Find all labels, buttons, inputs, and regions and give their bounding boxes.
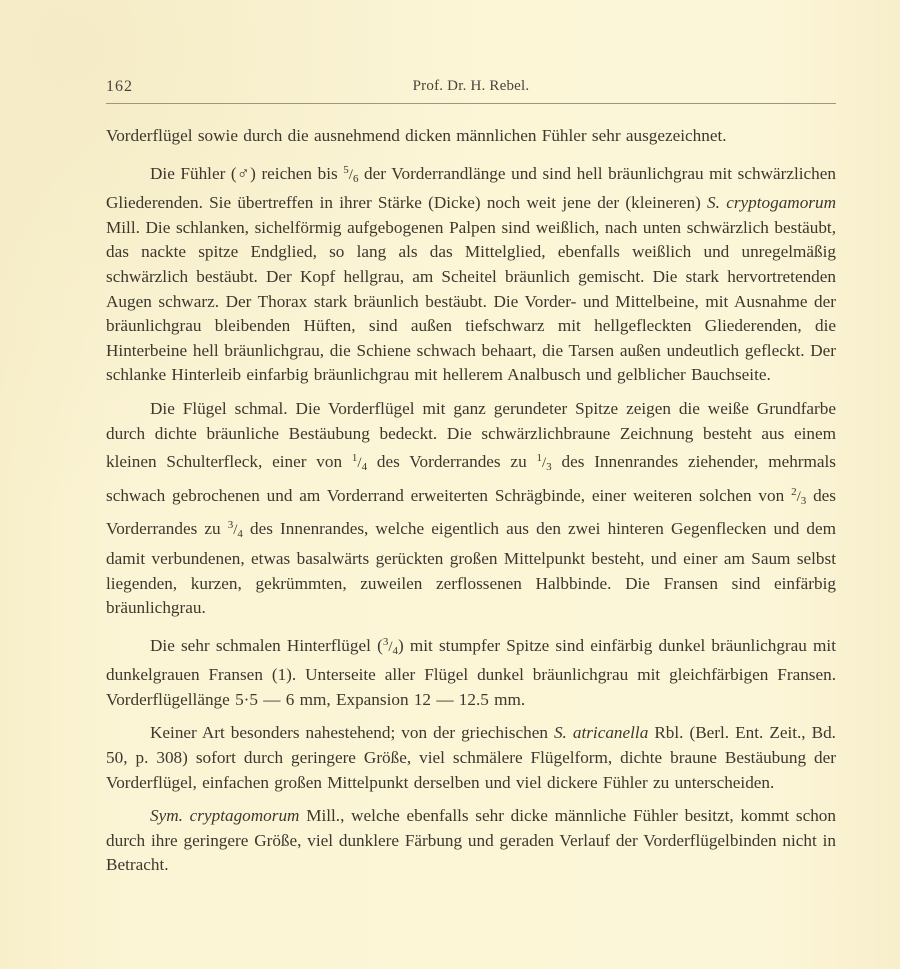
running-title-author: Prof. Dr. H. Rebel. xyxy=(106,78,836,95)
paragraph: Die sehr schmalen Hinterflügel (3/4) mit… xyxy=(106,630,836,713)
paragraph: Keiner Art besonders nahestehend; von de… xyxy=(106,721,836,795)
fraction: 1/4 xyxy=(352,458,367,470)
fraction: 1/3 xyxy=(536,458,551,470)
paragraph: Sym. cryptagomorum Mill., welche ebenfal… xyxy=(106,804,836,878)
species-name: S. atricanella xyxy=(554,723,648,742)
species-name: S. cryptogamorum xyxy=(707,193,836,212)
paragraph: Die Fühler (♂) reichen bis 5/6 der Vorde… xyxy=(106,158,836,388)
fraction: 3/4 xyxy=(383,642,398,654)
body-text: Vorderflügel sowie durch die ausnehmend … xyxy=(106,124,836,887)
fraction: 5/6 xyxy=(343,170,358,182)
paragraph: Die Flügel schmal. Die Vorderflügel mit … xyxy=(106,397,836,621)
running-header: 162 Prof. Dr. H. Rebel. xyxy=(106,78,836,98)
fraction: 2/3 xyxy=(791,492,806,504)
fraction: 3/4 xyxy=(228,525,243,537)
header-rule xyxy=(106,103,836,104)
paragraph: Vorderflügel sowie durch die ausnehmend … xyxy=(106,124,836,149)
species-name: Sym. cryptagomorum xyxy=(150,806,299,825)
